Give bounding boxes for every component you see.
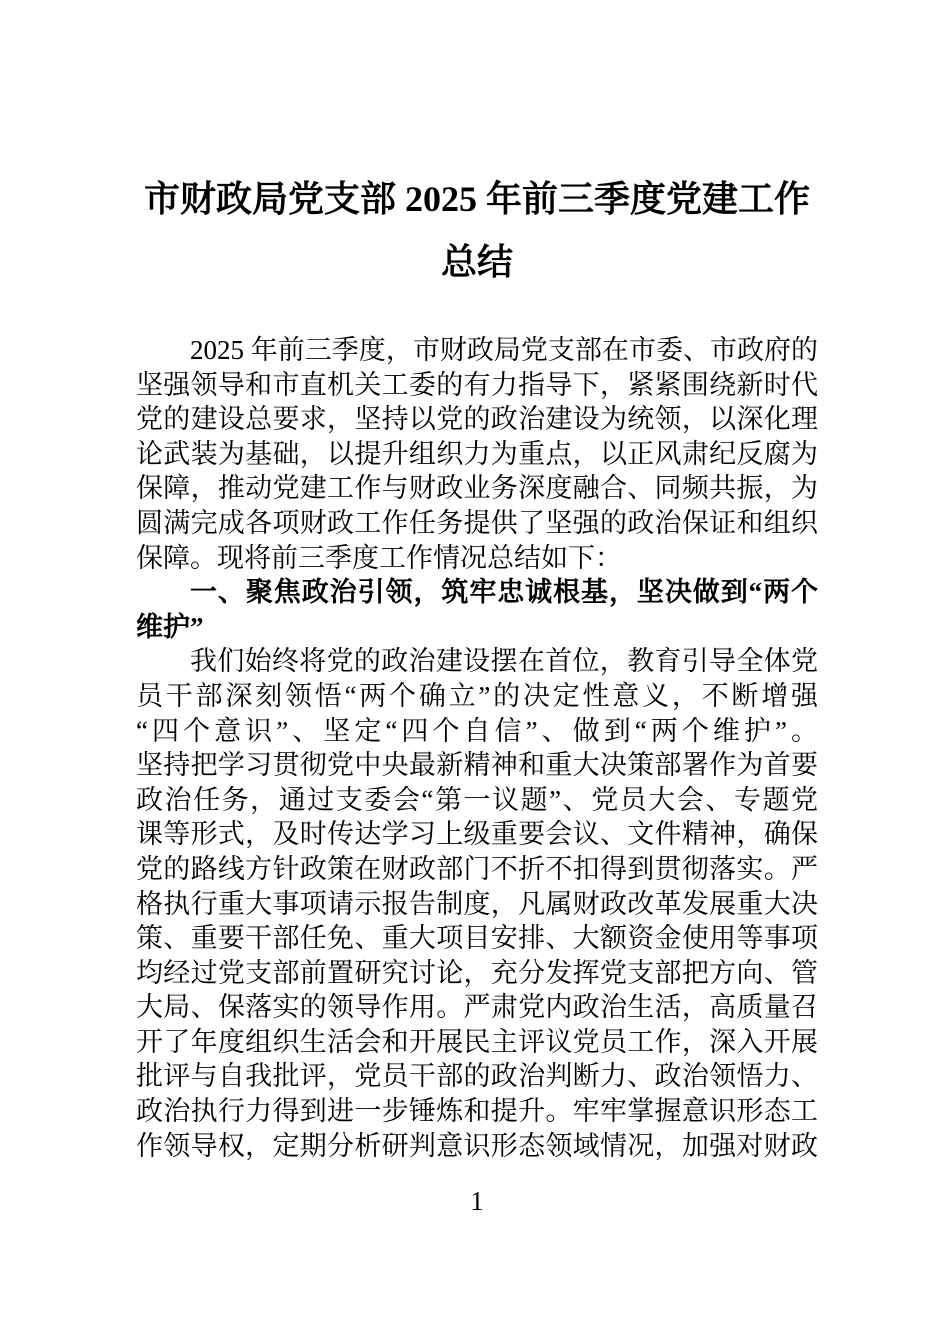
title-line-2: 总结 — [136, 231, 818, 294]
body-line: 政治任务，通过支委会“第一议题”、党员大会、专题党 — [136, 783, 818, 818]
page-number: 1 — [136, 1184, 818, 1218]
body-line: 课等形式，及时传达学习上级重要会议、文件精神，确保 — [136, 817, 818, 852]
body-line: 策、重要干部任免、重大项目安排、大额资金使用等事项 — [136, 921, 818, 956]
document-page: 市财政局党支部 2025 年前三季度党建工作 总结 2025 年前三季度，市财政… — [0, 0, 950, 1344]
document-body: 2025 年前三季度，市财政局党支部在市委、市政府的坚强领导和市直机关工委的有力… — [136, 333, 818, 1163]
body-line: 批评与自我批评，党员干部的政治判断力、政治领悟力、 — [136, 1059, 818, 1094]
heading-line: 维护” — [136, 610, 818, 645]
body-line: 我们始终将党的政治建设摆在首位，教育引导全体党 — [136, 644, 818, 679]
body-line: 保障。现将前三季度工作情况总结如下： — [136, 541, 818, 576]
body-line: 员干部深刻领悟“两个确立”的决定性意义，不断增强 — [136, 679, 818, 714]
body-line: 圆满完成各项财政工作任务提供了坚强的政治保证和组织 — [136, 506, 818, 541]
body-line: 2025 年前三季度，市财政局党支部在市委、市政府的 — [136, 333, 818, 368]
body-line: 论武装为基础，以提升组织力为重点，以正风肃纪反腐为 — [136, 437, 818, 472]
body-line: 均经过党支部前置研究讨论，充分发挥党支部把方向、管 — [136, 956, 818, 991]
document-title: 市财政局党支部 2025 年前三季度党建工作 总结 — [136, 168, 818, 294]
heading-line: 一、聚焦政治引领，筑牢忠诚根基，坚决做到“两个 — [136, 575, 818, 610]
body-line: 大局、保落实的领导作用。严肃党内政治生活，高质量召 — [136, 990, 818, 1025]
body-line: 党的路线方针政策在财政部门不折不扣得到贯彻落实。严 — [136, 852, 818, 887]
body-line: “四个意识”、坚定“四个自信”、做到“两个维护”。 — [136, 714, 818, 749]
body-line: 坚强领导和市直机关工委的有力指导下，紧紧围绕新时代 — [136, 368, 818, 403]
body-line: 作领导权，定期分析研判意识形态领域情况，加强对财政 — [136, 1129, 818, 1164]
body-line: 开了年度组织生活会和开展民主评议党员工作，深入开展 — [136, 1025, 818, 1060]
body-line: 保障，推动党建工作与财政业务深度融合、同频共振，为 — [136, 471, 818, 506]
body-line: 政治执行力得到进一步锤炼和提升。牢牢掌握意识形态工 — [136, 1094, 818, 1129]
body-line: 坚持把学习贯彻党中央最新精神和重大决策部署作为首要 — [136, 748, 818, 783]
body-line: 党的建设总要求，坚持以党的政治建设为统领，以深化理 — [136, 402, 818, 437]
title-line-1: 市财政局党支部 2025 年前三季度党建工作 — [136, 168, 818, 231]
body-line: 格执行重大事项请示报告制度，凡属财政改革发展重大决 — [136, 887, 818, 922]
